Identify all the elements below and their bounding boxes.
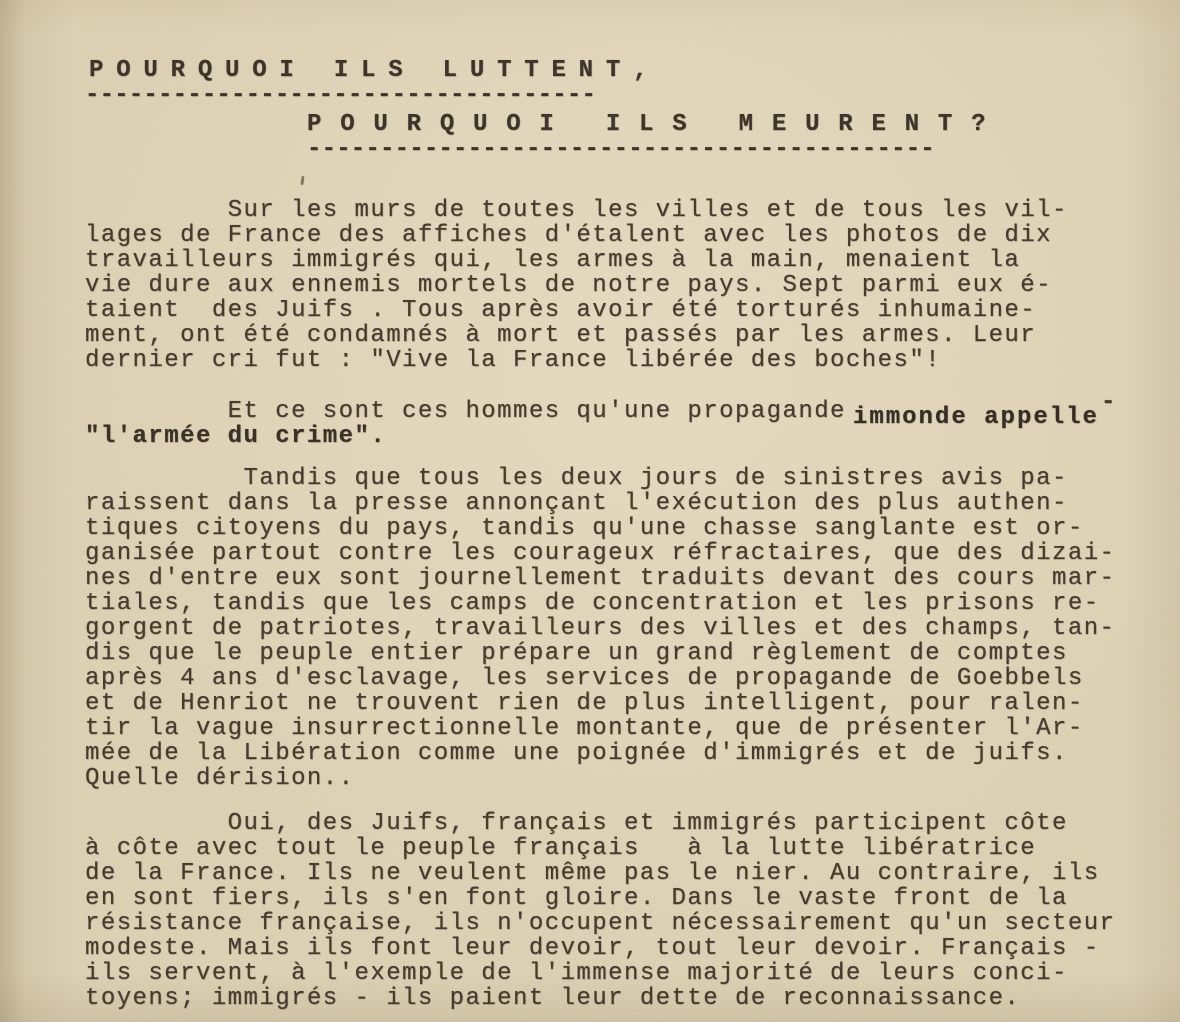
text-line: tiques citoyens du pays, tandis qu'une c… <box>85 516 1155 541</box>
text-line: gorgent de patriotes, travailleurs des v… <box>85 616 1155 641</box>
text-line: nes d'entre eux sont journellement tradu… <box>85 566 1155 591</box>
text-line: Quelle dérision.. <box>85 766 1155 791</box>
scanned-document-page: P O U R Q U O I I L S L U T T E N T , --… <box>0 0 1180 1022</box>
text-line: à côte avec tout le peuple français à la… <box>85 836 1155 861</box>
text-line: Tandis que tous les deux jours de sinist… <box>85 466 1155 491</box>
text-line: ment, ont été condamnés à mort et passés… <box>85 323 1155 348</box>
title-underline-1: ----------------------------------- <box>85 86 1155 106</box>
overtyped-text: immonde appelle <box>853 405 1099 430</box>
paragraph-4: Oui, des Juifs, français et immigrés par… <box>85 811 1155 1011</box>
text-line: et de Henriot ne trouvent rien de plus i… <box>85 691 1155 716</box>
text-line: dernier cri fut : "Vive la France libéré… <box>85 348 1155 373</box>
text-line: travailleurs immigrés qui, les armes à l… <box>85 248 1155 273</box>
document-title: P O U R Q U O I I L S L U T T E N T , --… <box>85 56 1155 160</box>
text-line: Sur les murs de toutes les villes et de … <box>85 198 1155 223</box>
text-line: en sont fiers, ils s'en font gloire. Dan… <box>85 886 1155 911</box>
text-line: vie dure aux ennemis mortels de notre pa… <box>85 273 1155 298</box>
text-line: lages de France des affiches d'étalent a… <box>85 223 1155 248</box>
text-line: mée de la Libération comme une poignée d… <box>85 741 1155 766</box>
text-line: toyens; immigrés - ils paient leur dette… <box>85 986 1155 1011</box>
paragraph-2: Et ce sont ces hommes qu'une propagandei… <box>85 399 1155 449</box>
text-line: tir la vague insurrectionnelle montante,… <box>85 716 1155 741</box>
text-line: ils servent, à l'exemple de l'immense ma… <box>85 961 1155 986</box>
text-line: tiales, tandis que les camps de concentr… <box>85 591 1155 616</box>
text-line: modeste. Mais ils font leur devoir, tout… <box>85 936 1155 961</box>
document-content: P O U R Q U O I I L S L U T T E N T , --… <box>85 56 1155 1011</box>
paragraph-3: Tandis que tous les deux jours de sinist… <box>85 466 1155 791</box>
text-line: Oui, des Juifs, français et immigrés par… <box>85 811 1155 836</box>
text-line: résistance française, ils n'occupent néc… <box>85 911 1155 936</box>
text-line: ganisée partout contre les courageux réf… <box>85 541 1155 566</box>
raised-hyphen: - <box>1101 390 1117 415</box>
text-line: taient des Juifs . Tous après avoir été … <box>85 298 1155 323</box>
text-line: raissent dans la presse annonçant l'exéc… <box>85 491 1155 516</box>
text-line: de la France. Ils ne veulent même pas le… <box>85 861 1155 886</box>
text-segment: Et ce sont ces hommes qu'une propagande <box>85 398 846 425</box>
text-line-with-overtype: Et ce sont ces hommes qu'une propagandei… <box>85 399 1155 424</box>
text-line: après 4 ans d'esclavage, les services de… <box>85 666 1155 691</box>
title-underline-2: ----------------------------------------… <box>307 140 1155 160</box>
paragraph-1: Sur les murs de toutes les villes et de … <box>85 198 1155 373</box>
text-line: dis que le peuple entier prépare un gran… <box>85 641 1155 666</box>
